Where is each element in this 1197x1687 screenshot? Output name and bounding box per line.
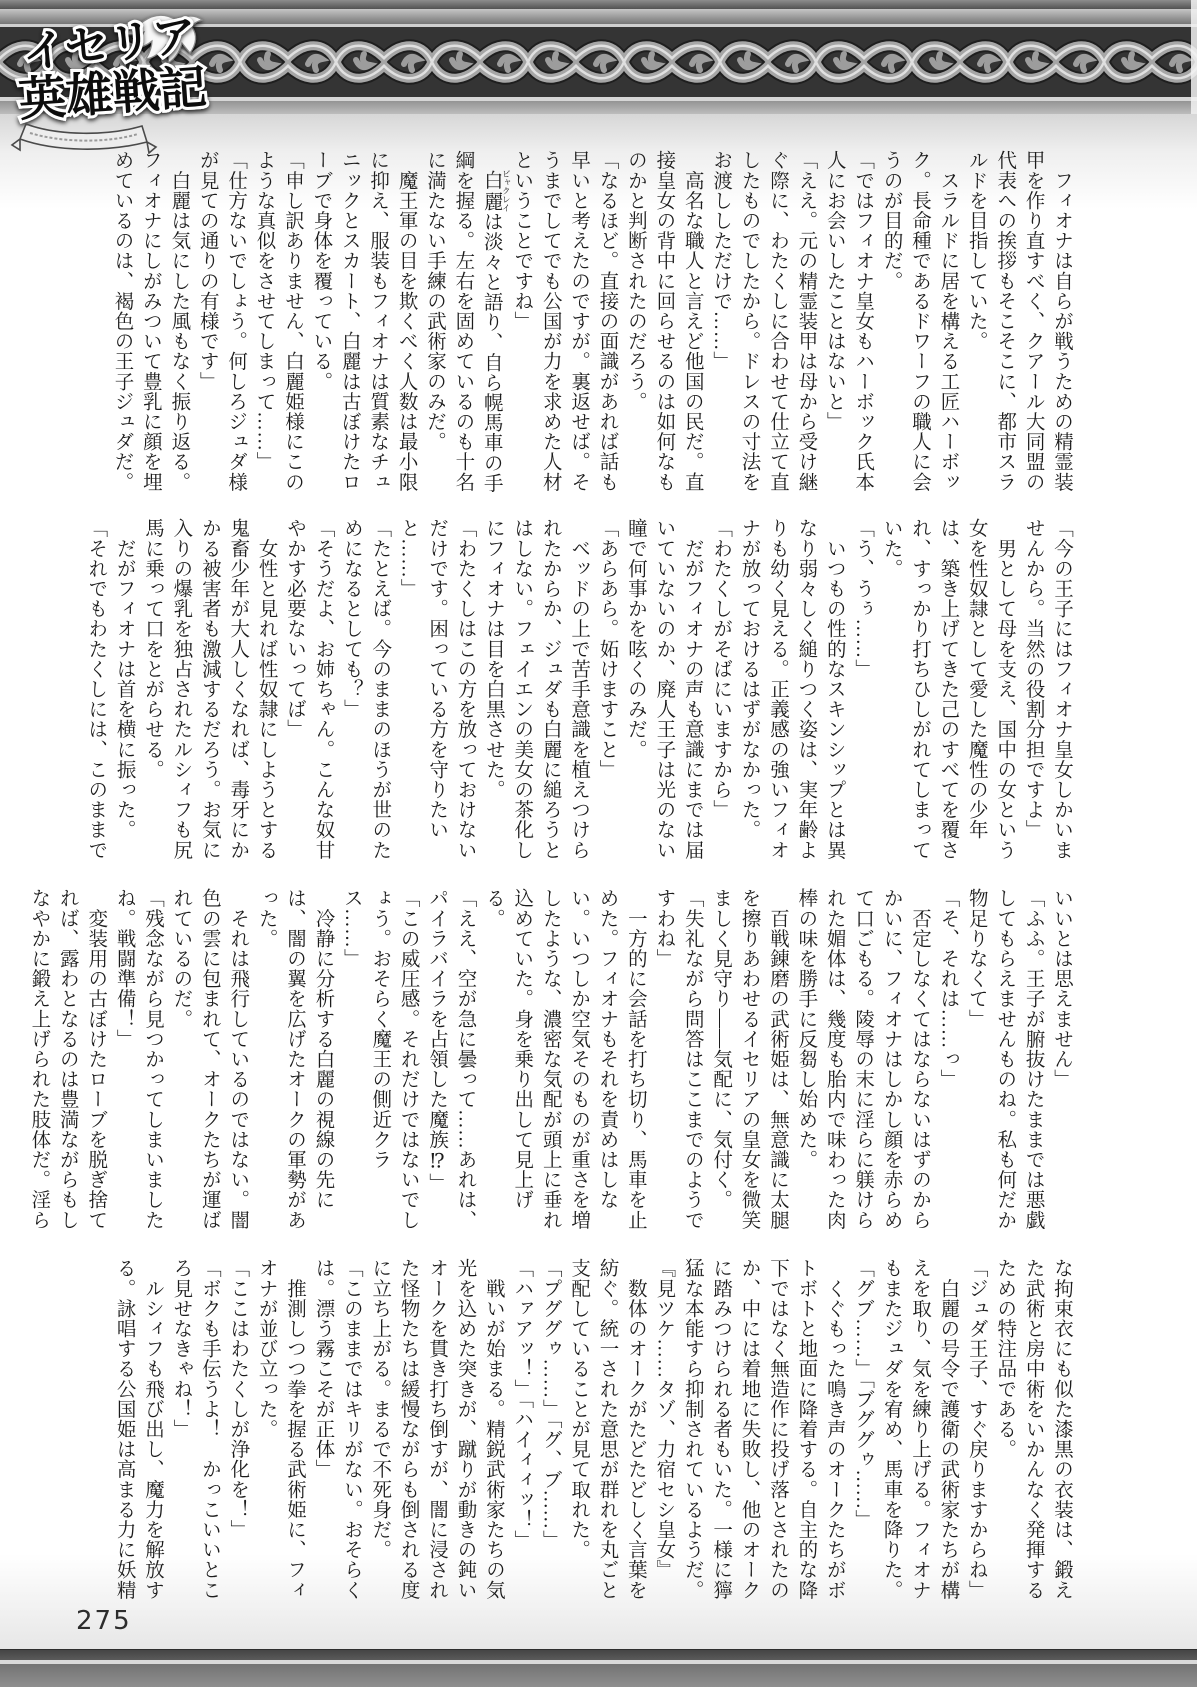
- page-header: イセリア 英雄戦記: [0, 0, 1197, 114]
- footer-gray-bar: [0, 1664, 1197, 1687]
- logo-ribbon: [12, 124, 156, 153]
- footer-dark-bar: [0, 1649, 1197, 1660]
- header-right-edge: [1191, 0, 1197, 114]
- text-band-3: いいとは思えません」 「ふふ。王子が腑抜けたままでは悪戯してもらえませんものね。…: [78, 888, 1075, 1233]
- page-number: 275: [76, 1606, 132, 1636]
- series-logo: イセリア 英雄戦記: [8, 2, 258, 167]
- text-band-4: な拘束衣にも似た漆黒の衣装は、鍛えた武術と房中術をいかんなく発揮するための特注品…: [78, 1258, 1075, 1603]
- book-page: イセリア 英雄戦記 フィオナは自らが戦うための精霊装甲を作り直すべく、クアール大…: [0, 0, 1197, 1687]
- text-band-2: 「今の王子にはフィオナ皇女しかいませんから。当然の役割分担ですよ」 男として母を…: [78, 518, 1075, 863]
- text-band-1: フィオナは自らが戦うための精霊装甲を作り直すべく、クアール大同盟の代表への挨拶も…: [78, 150, 1075, 495]
